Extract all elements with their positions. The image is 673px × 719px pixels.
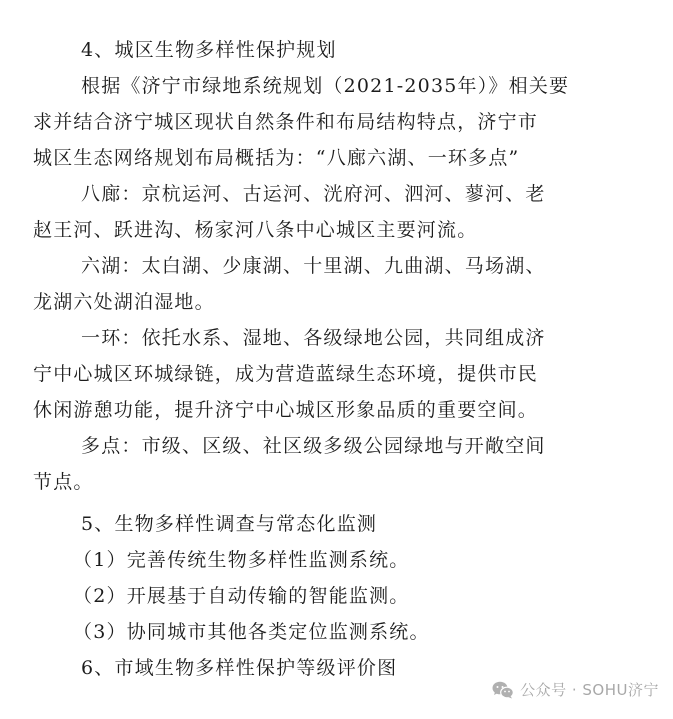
list-item: （2）开展基于自动传输的智能监测。 — [33, 578, 593, 614]
paragraph-line: 根据《济宁市绿地系统规划（2021-2035年）》相关要 — [33, 68, 593, 104]
yihuan-paragraph: 一环：依托水系、湿地、各级绿地公园，共同组成济 宁中心城区环城绿链，成为营造蓝绿… — [33, 320, 593, 428]
list-item: （1）完善传统生物多样性监测系统。 — [33, 542, 593, 578]
paragraph-line: 赵王河、跃进沟、杨家河八条中心城区主要河流。 — [33, 212, 593, 248]
liuhu-paragraph: 六湖：太白湖、少康湖、十里湖、九曲湖、马场湖、 龙湖六处湖泊湿地。 — [33, 248, 593, 320]
section-4-intro-paragraph: 根据《济宁市绿地系统规划（2021-2035年）》相关要 求并结合济宁城区现状自… — [33, 68, 593, 176]
paragraph-line: 一环：依托水系、湿地、各级绿地公园，共同组成济 — [33, 320, 593, 356]
paragraph-line: 求并结合济宁城区现状自然条件和布局结构特点，济宁市 — [33, 104, 593, 140]
section-4-heading: 4、城区生物多样性保护规划 — [33, 32, 593, 68]
paragraph-line: 多点：市级、区级、社区级多级公园绿地与开敞空间 — [33, 428, 593, 464]
paragraph-line: 龙湖六处湖泊湿地。 — [33, 284, 593, 320]
wechat-icon — [492, 681, 514, 699]
balang-paragraph: 八廊：京杭运河、古运河、洸府河、泗河、蓼河、老 赵王河、跃进沟、杨家河八条中心城… — [33, 176, 593, 248]
paragraph-line: 城区生态网络规划布局概括为：“八廊六湖、一环多点” — [33, 140, 593, 176]
paragraph-line: 宁中心城区环城绿链，成为营造蓝绿生态环境，提供市民 — [33, 356, 593, 392]
document-body: 4、城区生物多样性保护规划 根据《济宁市绿地系统规划（2021-2035年）》相… — [33, 32, 593, 686]
section-5-heading: 5、生物多样性调查与常态化监测 — [33, 506, 593, 542]
paragraph-line: 休闲游憩功能，提升济宁中心城区形象品质的重要空间。 — [33, 392, 593, 428]
watermark: 公众号 · SOHU济宁 — [492, 679, 659, 700]
paragraph-line: 六湖：太白湖、少康湖、十里湖、九曲湖、马场湖、 — [33, 248, 593, 284]
paragraph-line: 八廊：京杭运河、古运河、洸府河、泗河、蓼河、老 — [33, 176, 593, 212]
duodian-paragraph: 多点：市级、区级、社区级多级公园绿地与开敞空间 节点。 — [33, 428, 593, 500]
watermark-text: 公众号 · SOHU济宁 — [520, 679, 659, 700]
section-5-list: （1）完善传统生物多样性监测系统。 （2）开展基于自动传输的智能监测。 （3）协… — [33, 542, 593, 650]
list-item: （3）协同城市其他各类定位监测系统。 — [33, 614, 593, 650]
paragraph-line: 节点。 — [33, 464, 593, 500]
